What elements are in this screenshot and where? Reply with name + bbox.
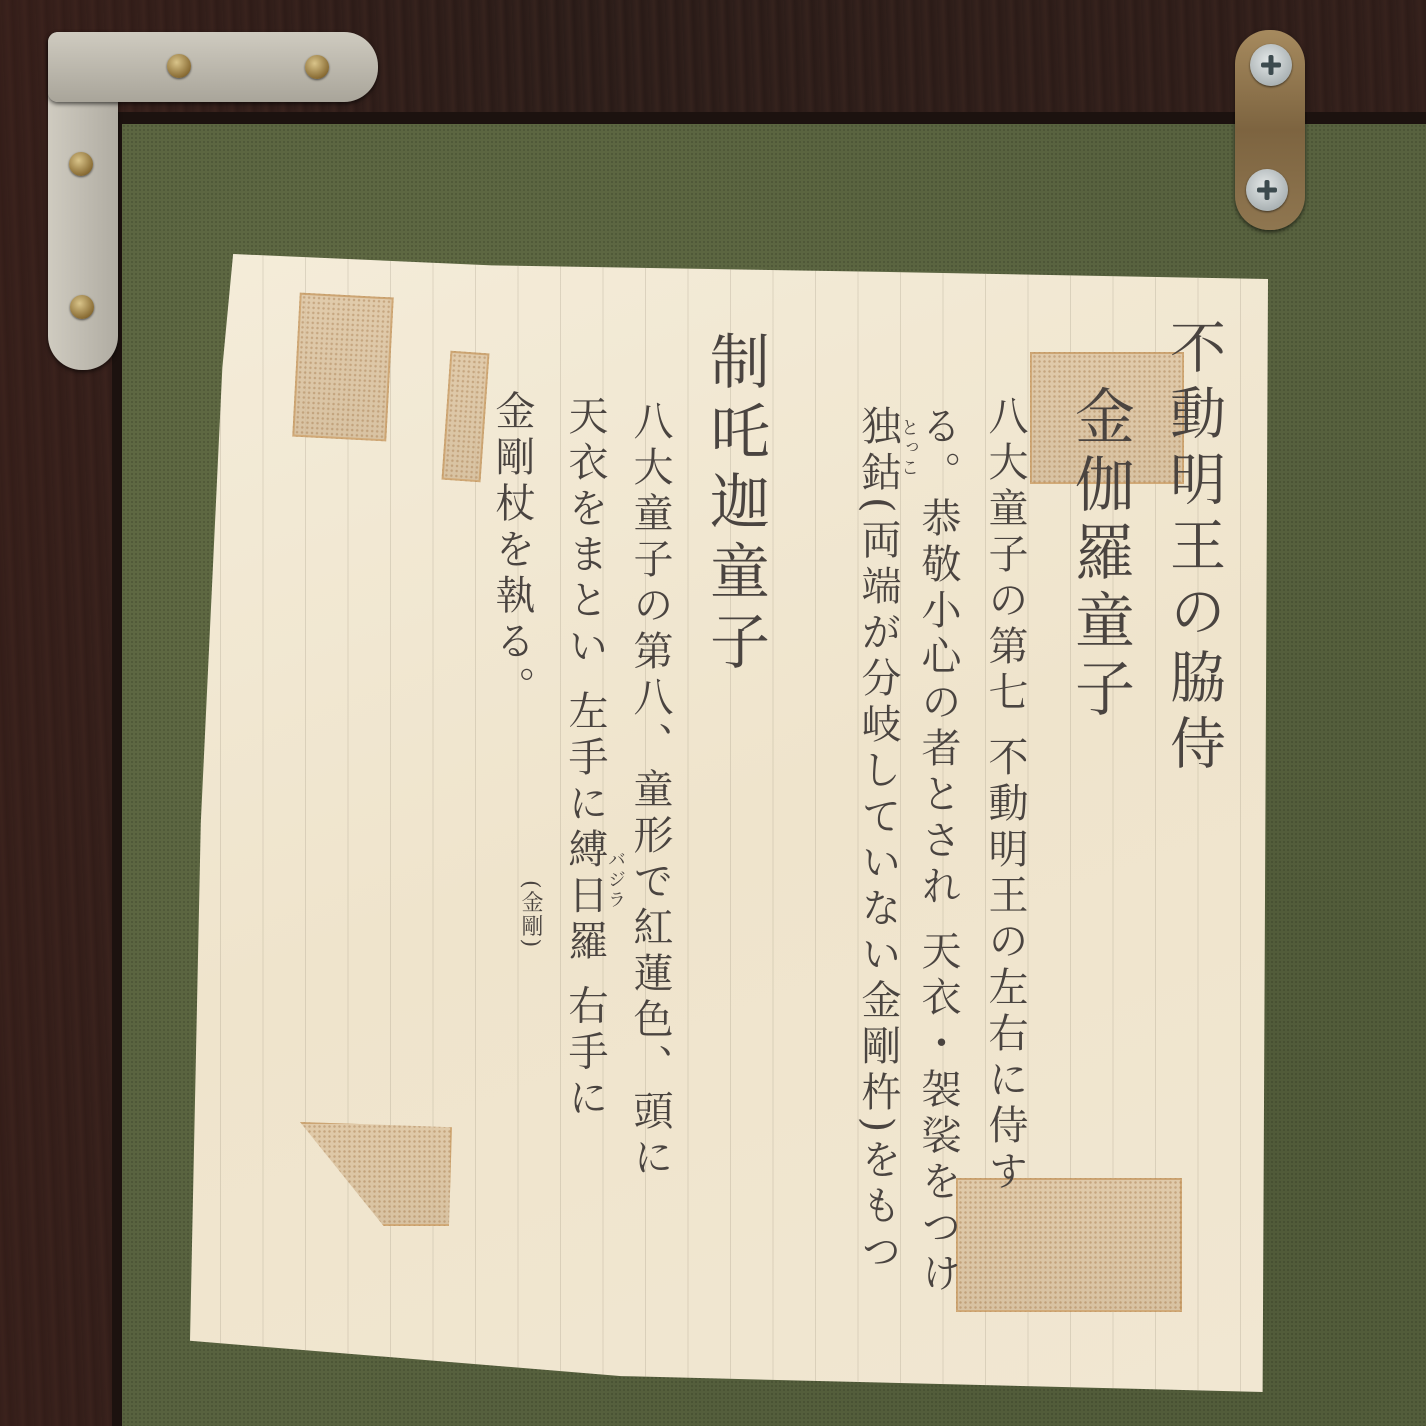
note-line: る。恭敬小心の者とされ 天衣・袈裟をつけ: [918, 405, 958, 1298]
rivet-icon: [305, 55, 329, 79]
rivet-icon: [70, 295, 94, 319]
note-title: 不動明王の脇侍: [1165, 318, 1221, 780]
phillips-screw-icon: [1246, 169, 1288, 211]
furigana: とっこ: [895, 418, 921, 478]
note-line: 天衣をまとい 左手に縛日羅 右手に: [565, 395, 605, 1122]
note-line: 独鈷(両端が分岐していない金剛杵)をもつ: [858, 405, 898, 1276]
tape-residue: [292, 293, 393, 442]
note-line: 金剛杖を執る。: [492, 390, 532, 712]
furigana: バジラ: [602, 850, 628, 910]
rivet-icon: [69, 152, 93, 176]
section-heading: 金伽羅童子: [1070, 385, 1130, 725]
note-line: 八大童子の第七 不動明王の左右に侍す: [985, 395, 1025, 1196]
annotation: (金剛): [515, 880, 546, 949]
rivet-icon: [167, 54, 191, 78]
tape-residue: [956, 1178, 1182, 1312]
section-heading: 制吒迦童子: [705, 330, 765, 680]
note-line: 八大童子の第八、童形で紅蓮色、頭に: [630, 400, 670, 1182]
phillips-screw-icon: [1250, 44, 1292, 86]
